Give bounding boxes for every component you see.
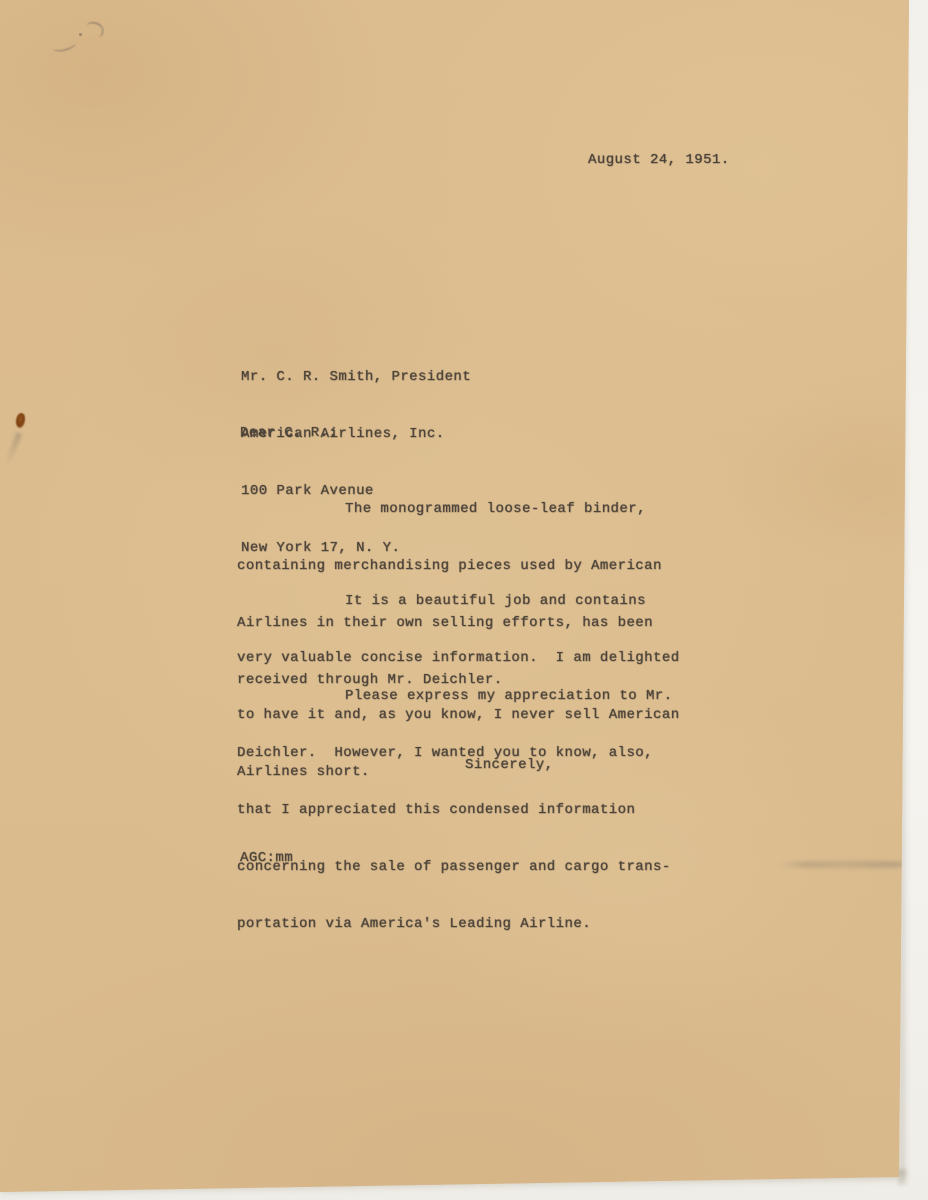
paragraph-line: concerning the sale of passenger and car…	[237, 858, 673, 877]
letter-date: August 24, 1951.	[588, 151, 730, 170]
smudge-mark	[4, 432, 22, 466]
pencil-mark	[85, 21, 105, 38]
salutation: Dear C. R.:	[240, 424, 337, 443]
closing: Sincerely,	[465, 756, 554, 775]
letter-page: August 24, 1951. Mr. C. R. Smith, Presid…	[0, 0, 928, 1200]
paragraph-line: portation via America's Leading Airline.	[237, 915, 673, 934]
paragraph-line: The monogrammed loose-leaf binder,	[237, 500, 662, 519]
paragraph-line: Please express my appreciation to Mr.	[237, 687, 673, 706]
typist-initials: AGC:mm	[240, 849, 293, 868]
body-paragraph: Please express my appreciation to Mr. De…	[237, 649, 673, 972]
address-line: Mr. C. R. Smith, President	[241, 368, 471, 387]
pencil-mark	[79, 33, 82, 36]
pencil-mark	[51, 37, 77, 53]
scanner-background: August 24, 1951. Mr. C. R. Smith, Presid…	[0, 0, 928, 1200]
smudge-mark	[778, 861, 923, 868]
paragraph-line: Deichler. However, I wanted you to know,…	[237, 744, 673, 763]
rust-stain	[15, 412, 27, 429]
paragraph-line: that I appreciated this condensed inform…	[237, 801, 673, 820]
paragraph-line: It is a beautiful job and contains	[237, 592, 680, 611]
